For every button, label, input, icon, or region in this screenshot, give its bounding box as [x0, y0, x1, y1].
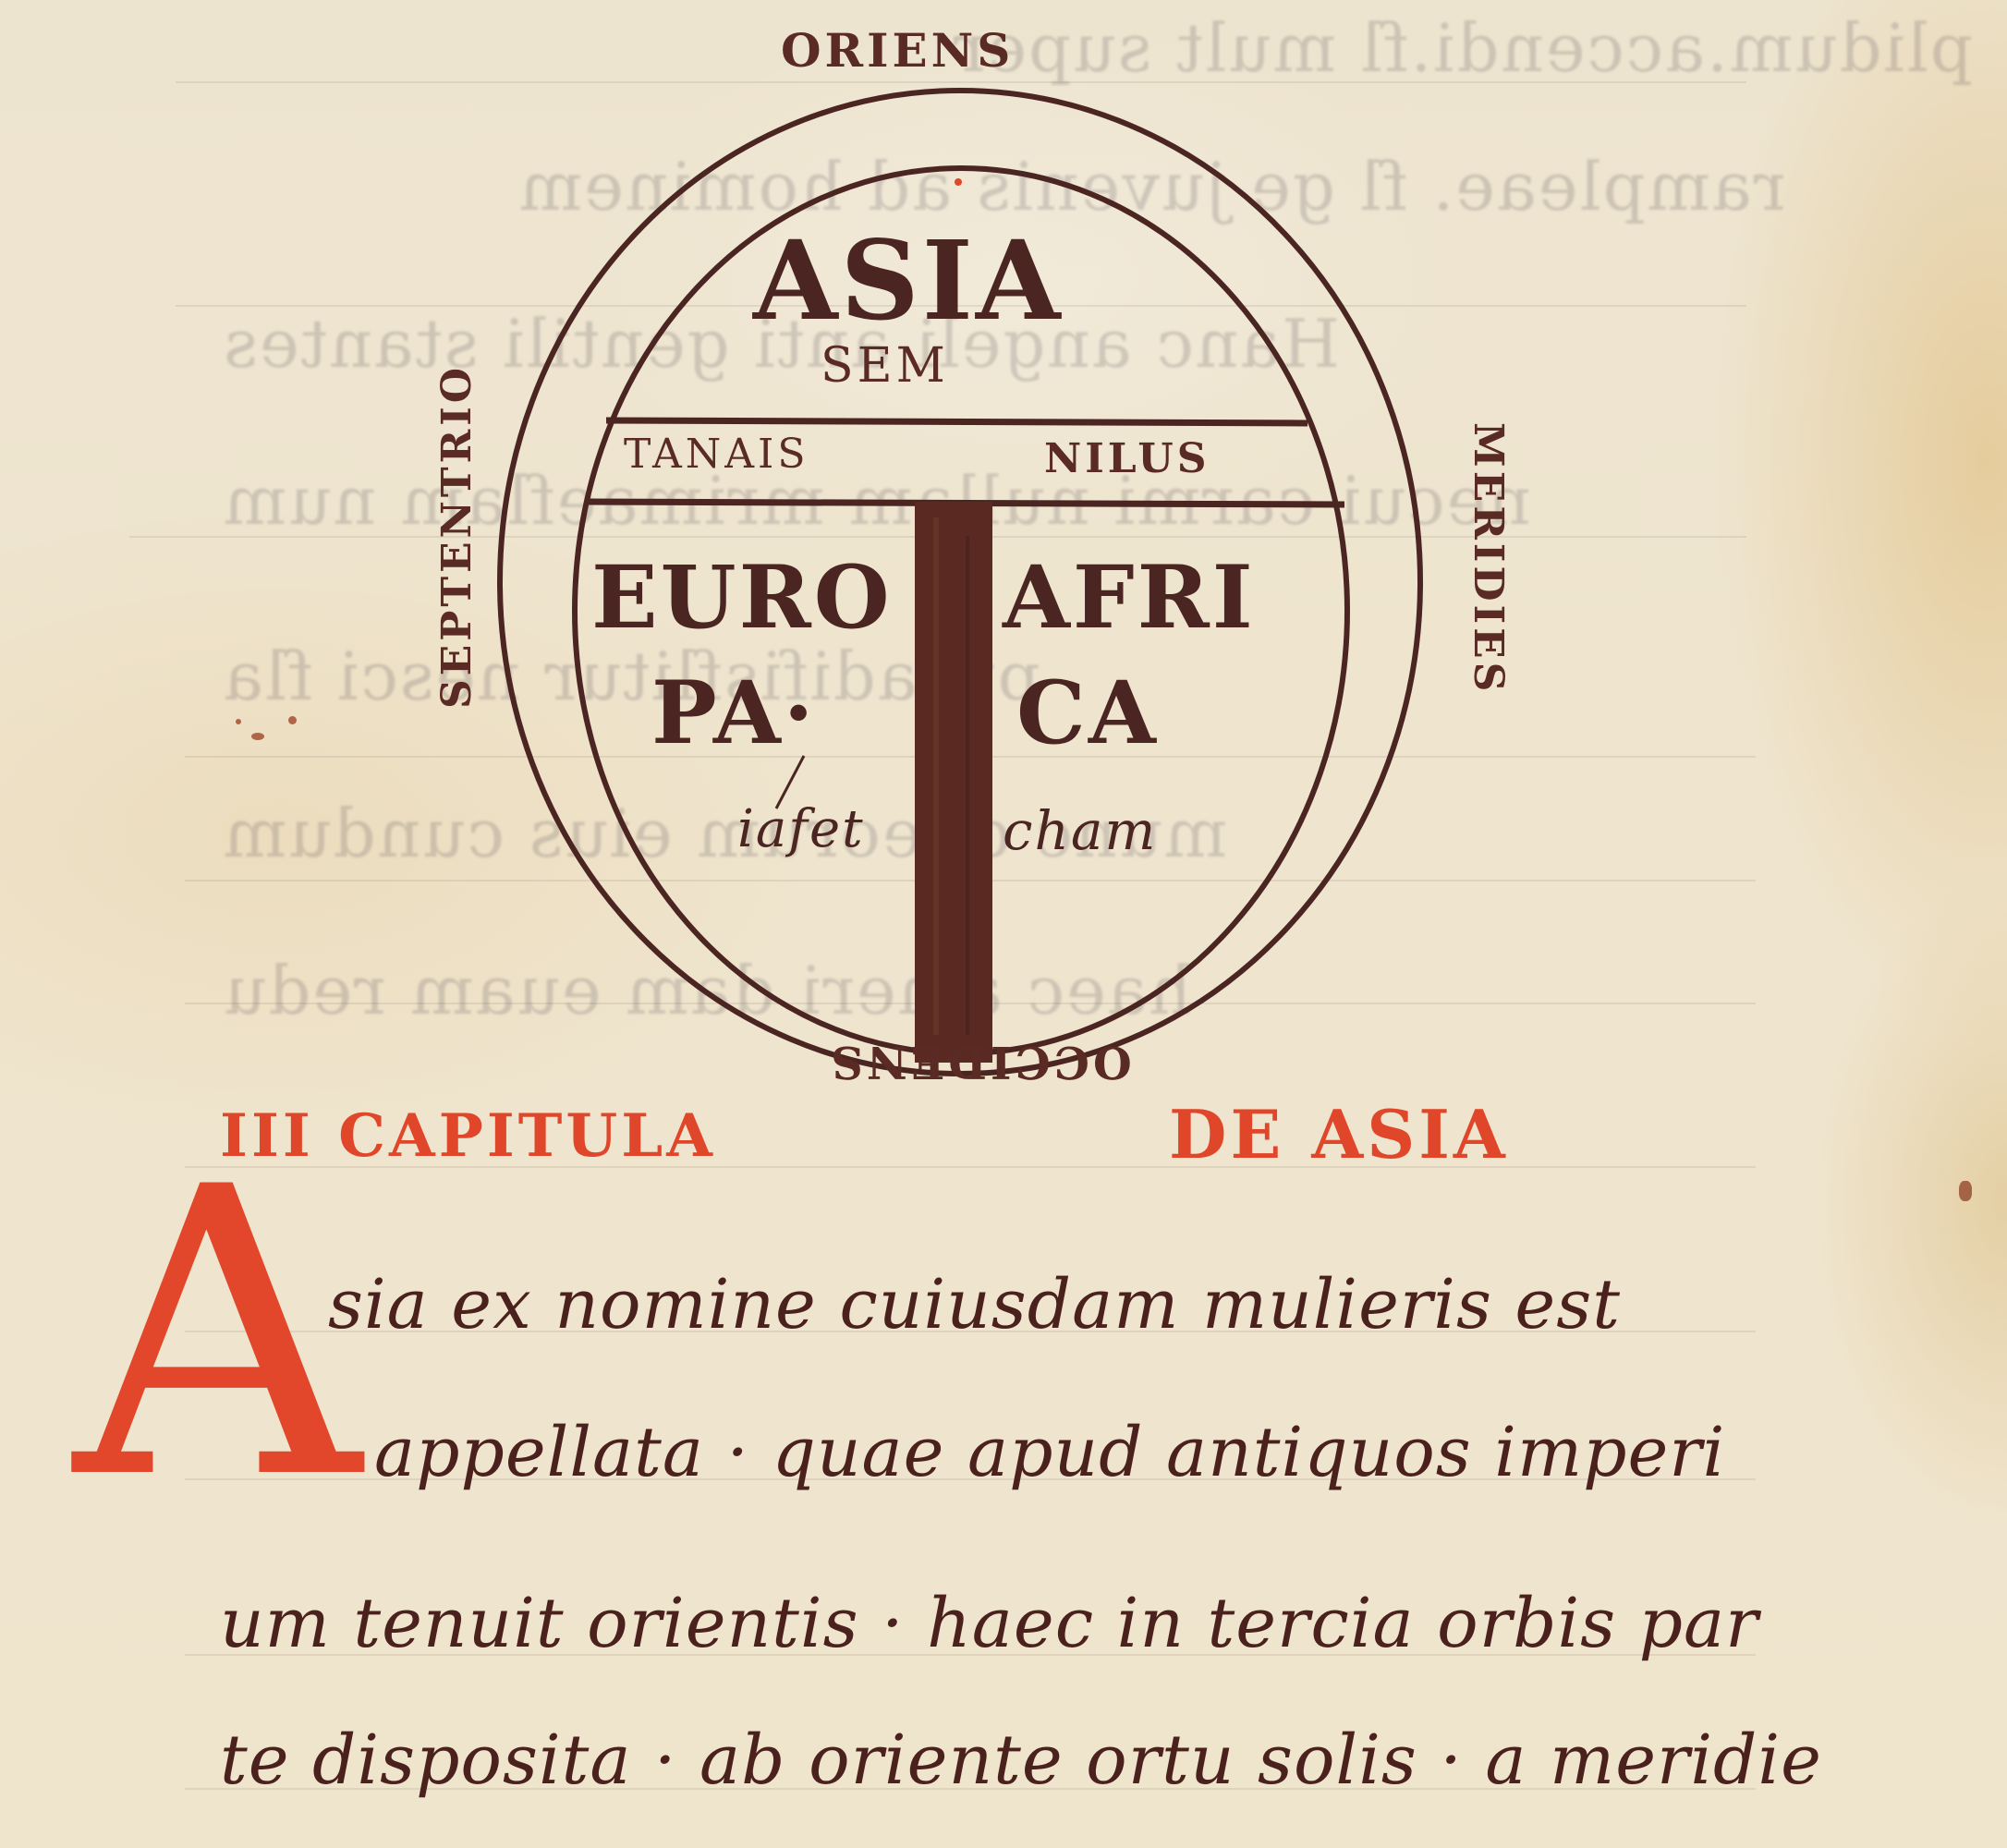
t-stem-texture: [933, 517, 939, 1035]
decorated-initial: A: [60, 1169, 374, 1501]
label-oriens: ORIENS: [781, 28, 1014, 74]
rubric-title: DE ASIA: [1169, 1101, 1509, 1168]
label-sem: SEM: [821, 342, 949, 390]
label-cham: cham: [1003, 804, 1157, 857]
label-septentrio: SEPTENTRIO: [437, 404, 478, 709]
label-tanais: TANAIS: [624, 434, 809, 475]
label-nilus: NILUS: [1044, 439, 1210, 480]
text-line-3: um tenuit orientis · haec in tercia orbi…: [220, 1589, 1758, 1658]
t-stem: [915, 502, 992, 1063]
red-mark: [955, 178, 962, 186]
label-meridies: MERIDIES: [1467, 422, 1508, 681]
label-africa-line1: AFRI: [1003, 554, 1256, 641]
crossbar-top: [606, 420, 1308, 423]
label-europa-line2: PA·: [651, 670, 817, 757]
text-line-4: te disposita · ab oriente ortu solis · a…: [220, 1726, 1822, 1794]
label-africa-line2: CA: [1016, 670, 1159, 757]
t-stem-texture: [966, 536, 969, 1035]
label-asia: ASIA: [753, 226, 1064, 335]
text-line-2: appellata · quae apud antiquos imperi: [374, 1418, 1725, 1487]
label-iafet: iafet: [737, 804, 865, 856]
label-occidens: OCCIDENS: [827, 1039, 1132, 1084]
label-europa-line1: EURO: [591, 554, 893, 641]
text-line-1: sia ex nomine cuiusdam mulieris est: [328, 1270, 1621, 1339]
